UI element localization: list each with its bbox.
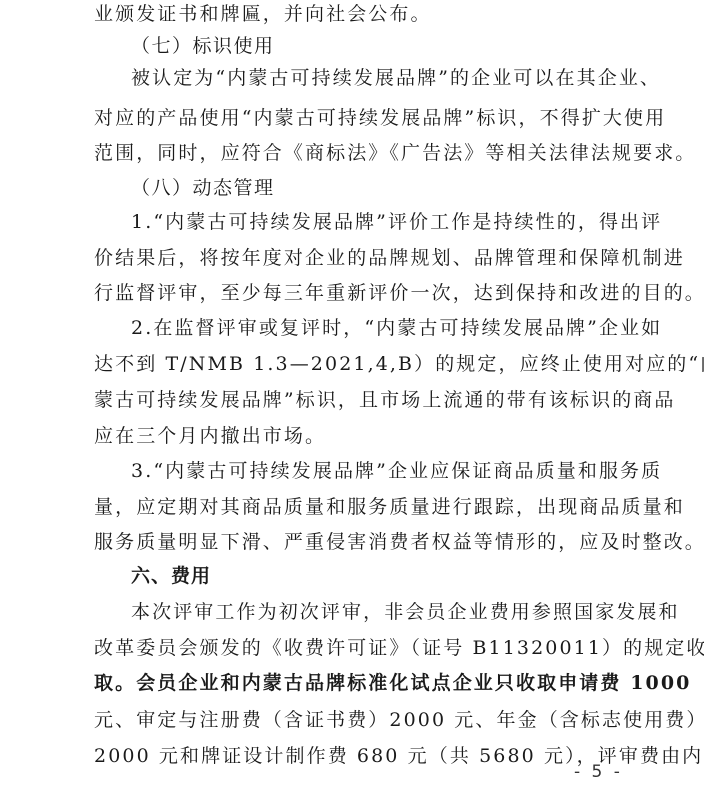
subsection-heading-dynamic-management: （八）动态管理: [131, 176, 651, 200]
paragraph-line: 被认定为“内蒙古可持续发展品牌”的企业可以在其企业、: [131, 66, 651, 90]
paragraph-line: 3.“内蒙古可持续发展品牌”企业应保证商品质量和服务质: [131, 459, 651, 483]
paragraph-line: 本次评审工作为初次评审，非会员企业费用参照国家发展和: [131, 600, 651, 624]
paragraph-line: 2.在监督评审或复评时，“内蒙古可持续发展品牌”企业如: [131, 316, 651, 340]
paragraph-line: 业颁发证书和牌匾，并向社会公布。: [94, 2, 614, 26]
section-heading-fees: 六、费用: [131, 564, 651, 588]
paragraph-line: 改革委员会颁发的《收费许可证》（证号 B11320011）的规定收: [94, 636, 614, 660]
subsection-heading-logo-use: （七）标识使用: [131, 34, 651, 58]
paragraph-line: 2000 元和牌证设计制作费 680 元（共 5680 元），评审费由内蒙: [94, 744, 614, 768]
page-number: - 5 -: [574, 762, 623, 782]
document-page: 业颁发证书和牌匾，并向社会公布。 （七）标识使用 被认定为“内蒙古可持续发展品牌…: [0, 0, 704, 789]
paragraph-line: 行监督评审，至少每三年重新评价一次，达到保持和改进的目的。: [94, 281, 614, 305]
paragraph-line: 服务质量明显下滑、严重侵害消费者权益等情形的，应及时整改。: [94, 530, 614, 554]
paragraph-line: 对应的产品使用“内蒙古可持续发展品牌”标识，不得扩大使用: [94, 106, 614, 130]
paragraph-line: 蒙古可持续发展品牌”标识，且市场上流通的带有该标识的商品: [94, 388, 614, 412]
paragraph-line: 取。会员企业和内蒙古品牌标准化试点企业只收取申请费 1000: [94, 671, 614, 695]
paragraph-line: 1.“内蒙古可持续发展品牌”评价工作是持续性的，得出评: [131, 210, 651, 234]
paragraph-line: 范围，同时，应符合《商标法》《广告法》等相关法律法规要求。: [94, 141, 614, 165]
paragraph-line: 量，应定期对其商品质量和服务质量进行跟踪，出现商品质量和: [94, 495, 614, 519]
paragraph-line: 达不到 T/NMB 1.3—2021,4,B）的规定，应终止使用对应的“内: [94, 352, 614, 376]
paragraph-line: 元、审定与注册费（含证书费）2000 元、年金（含标志使用费）: [94, 708, 614, 732]
paragraph-line: 价结果后，将按年度对企业的品牌规划、品牌管理和保障机制进: [94, 246, 614, 270]
paragraph-line: 应在三个月内撤出市场。: [94, 424, 614, 448]
